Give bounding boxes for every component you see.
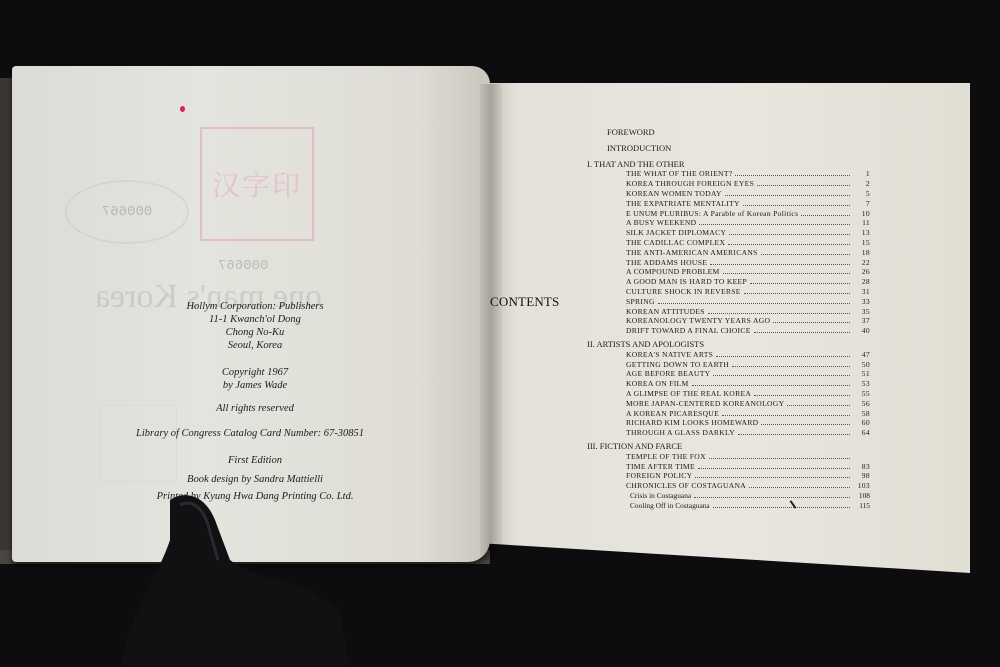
toc-entry-title: KOREA THROUGH FOREIGN EYES <box>626 179 757 188</box>
toc-entry: TEMPLE OF THE FOX <box>626 452 870 461</box>
toc-entry-title: KOREA'S NATIVE ARTS <box>626 350 716 359</box>
toc-page-number: 7 <box>850 199 870 208</box>
leader-dots <box>732 366 850 367</box>
toc-page-number: 50 <box>850 360 870 369</box>
toc-page-number: 2 <box>850 179 870 188</box>
leader-dots <box>723 273 850 274</box>
toc-entry-title: DRIFT TOWARD A FINAL CHOICE <box>626 326 754 335</box>
toc-page-number: 53 <box>850 379 870 388</box>
toc-entry: Crisis in Costaguana108 <box>630 491 870 500</box>
leader-dots <box>722 415 850 416</box>
toc-entry: SPRING33 <box>626 297 870 306</box>
toc-foreword: FOREWORD <box>607 127 655 137</box>
toc-page-number: 103 <box>850 481 870 490</box>
toc-page-number: 5 <box>850 189 870 198</box>
toc-entry: KOREANOLOGY TWENTY YEARS AGO37 <box>626 316 870 325</box>
loc-catalog-number: Library of Congress Catalog Card Number:… <box>110 427 390 440</box>
toc-section-heading: III. FICTION AND FARCE <box>587 441 682 451</box>
leader-dots <box>750 283 850 284</box>
address-line: Seoul, Korea <box>120 339 390 352</box>
toc-page-number: 15 <box>850 238 870 247</box>
toc-entry-title: A BUSY WEEKEND <box>626 218 699 227</box>
toc-entry: A GOOD MAN IS HARD TO KEEP28 <box>626 277 870 286</box>
leader-dots <box>708 313 850 314</box>
publisher: Hollym Corporation: Publishers <box>120 300 390 313</box>
leader-dots <box>761 424 850 425</box>
toc-entry: KOREA THROUGH FOREIGN EYES2 <box>626 179 870 188</box>
ink-spot <box>180 106 185 112</box>
toc-entry: A KOREAN PICARESQUE58 <box>626 409 870 418</box>
toc-entry-title: THE CADILLAC COMPLEX <box>626 238 728 247</box>
show-through-number: 000667 <box>218 258 268 274</box>
toc-entry-title: MORE JAPAN-CENTERED KOREANOLOGY <box>626 399 787 408</box>
toc-entry: RICHARD KIM LOOKS HOMEWARD60 <box>626 418 870 427</box>
leader-dots <box>787 405 850 406</box>
toc-page-number: 64 <box>850 428 870 437</box>
toc-page-number: 33 <box>850 297 870 306</box>
toc-entry: TIME AFTER TIME83 <box>626 462 870 471</box>
toc-entry: CULTURE SHOCK IN REVERSE31 <box>626 287 870 296</box>
toc-entry-title: Cooling Off in Costaguana <box>630 501 713 510</box>
toc-entry: DRIFT TOWARD A FINAL CHOICE40 <box>626 326 870 335</box>
leader-dots <box>735 175 850 176</box>
toc-entry-title: A GOOD MAN IS HARD TO KEEP <box>626 277 750 286</box>
toc-entry-title: SPRING <box>626 297 658 306</box>
book-gutter <box>480 84 502 560</box>
leader-dots <box>713 507 850 508</box>
toc-page-number: 26 <box>850 267 870 276</box>
toc-entry: GETTING DOWN TO EARTH50 <box>626 360 870 369</box>
toc-entry: THE EXPATRIATE MENTALITY7 <box>626 199 870 208</box>
toc-page-number: 40 <box>850 326 870 335</box>
toc-entry: AGE BEFORE BEAUTY51 <box>626 369 870 378</box>
edition-line: First Edition <box>120 454 390 467</box>
toc-page-number: 60 <box>850 418 870 427</box>
leader-dots <box>773 322 850 323</box>
toc-entry-title: TEMPLE OF THE FOX <box>626 452 709 461</box>
toc-entry-title: GETTING DOWN TO EARTH <box>626 360 732 369</box>
toc-entry-title: A GLIMPSE OF THE REAL KOREA <box>626 389 754 398</box>
toc-entry-title: A COMPOUND PROBLEM <box>626 267 723 276</box>
toc-entry: A GLIMPSE OF THE REAL KOREA55 <box>626 389 870 398</box>
leader-dots <box>692 385 850 386</box>
toc-page-number: 31 <box>850 287 870 296</box>
toc-entry: E UNUM PLURIBUS: A Parable of Korean Pol… <box>626 209 870 218</box>
toc-entry-title: E UNUM PLURIBUS: A Parable of Korean Pol… <box>626 209 801 218</box>
toc-page-number: 115 <box>850 501 870 510</box>
toc-entry-title: TIME AFTER TIME <box>626 462 698 471</box>
leader-dots <box>738 434 850 435</box>
leader-dots <box>695 477 850 478</box>
toc-entry: THE CADILLAC COMPLEX15 <box>626 238 870 247</box>
leader-dots <box>757 185 850 186</box>
toc-entry-title: KOREANOLOGY TWENTY YEARS AGO <box>626 316 773 325</box>
toc-entry: THE WHAT OF THE ORIENT?1 <box>626 169 870 178</box>
toc-entry: SILK JACKET DIPLOMACY13 <box>626 228 870 237</box>
toc-page-number: 55 <box>850 389 870 398</box>
leader-dots <box>698 468 850 469</box>
address-line: 11-1 Kwanch'ol Dong <box>120 313 390 326</box>
copyright-line: Copyright 1967 <box>120 366 390 379</box>
toc-section-heading: I. THAT AND THE OTHER <box>587 159 685 169</box>
toc-entry-title: KOREAN ATTITUDES <box>626 307 708 316</box>
leader-dots <box>699 224 850 225</box>
leader-dots <box>744 293 850 294</box>
toc-entry-title: SILK JACKET DIPLOMACY <box>626 228 729 237</box>
leader-dots <box>743 205 850 206</box>
toc-entry-title: THE ANTI-AMERICAN AMERICANS <box>626 248 761 257</box>
toc-entry: THE ADDAMS HOUSE22 <box>626 258 870 267</box>
toc-page-number: 1 <box>850 169 870 178</box>
toc-page-number: 58 <box>850 409 870 418</box>
leader-dots <box>658 303 850 304</box>
leader-dots <box>801 215 850 216</box>
toc-page-number: 83 <box>850 462 870 471</box>
leader-dots <box>713 375 850 376</box>
contents-heading: CONTENTS <box>490 294 560 310</box>
toc-introduction: INTRODUCTION <box>607 143 671 153</box>
toc-page-number: 13 <box>850 228 870 237</box>
leader-dots <box>729 234 850 235</box>
toc-entry-title: CULTURE SHOCK IN REVERSE <box>626 287 744 296</box>
toc-page-number: 56 <box>850 399 870 408</box>
toc-entry: MORE JAPAN-CENTERED KOREANOLOGY56 <box>626 399 870 408</box>
toc-entry: THE ANTI-AMERICAN AMERICANS18 <box>626 248 870 257</box>
rights-line: All rights reserved <box>120 402 390 415</box>
leader-dots <box>761 254 850 255</box>
leader-dots <box>728 244 850 245</box>
toc-entry-title: FOREIGN POLICY <box>626 471 695 480</box>
toc-entry: A BUSY WEEKEND11 <box>626 218 870 227</box>
red-seal-stamp-icon: 汉字印 <box>200 127 314 241</box>
toc-page-number: 98 <box>850 471 870 480</box>
toc-entry-title: THROUGH A GLASS DARKLY <box>626 428 738 437</box>
toc-entry: KOREA ON FILM53 <box>626 379 870 388</box>
copyright-imprint: Hollym Corporation: Publishers 11-1 Kwan… <box>120 300 390 503</box>
toc-entry-title: THE ADDAMS HOUSE <box>626 258 710 267</box>
leader-dots <box>709 458 850 459</box>
toc-page-number: 47 <box>850 350 870 359</box>
leader-dots <box>710 264 850 265</box>
toc-page-number: 35 <box>850 307 870 316</box>
toc-entry-title: A KOREAN PICARESQUE <box>626 409 722 418</box>
toc-entry-title: Crisis in Costaguana <box>630 491 694 500</box>
toc-page-number: 51 <box>850 369 870 378</box>
toc-page-number: 28 <box>850 277 870 286</box>
author-line: by James Wade <box>120 379 390 392</box>
toc-entry-title: THE EXPATRIATE MENTALITY <box>626 199 743 208</box>
leader-dots <box>716 356 850 357</box>
toc-entry-title: RICHARD KIM LOOKS HOMEWARD <box>626 418 761 427</box>
toc-page-number: 18 <box>850 248 870 257</box>
toc-entry: Cooling Off in Costaguana115 <box>630 501 870 510</box>
toc-entry: KOREAN ATTITUDES35 <box>626 307 870 316</box>
toc-entry-title: AGE BEFORE BEAUTY <box>626 369 713 378</box>
toc-page-number: 108 <box>850 491 870 500</box>
leader-dots <box>754 395 850 396</box>
oval-library-stamp-icon: 000667 <box>65 180 189 244</box>
address-line: Chong No-Ku <box>120 326 390 339</box>
leader-dots <box>725 195 850 196</box>
toc-page-number: 10 <box>850 209 870 218</box>
toc-entry-title: KOREA ON FILM <box>626 379 692 388</box>
leader-dots <box>749 487 850 488</box>
toc-section-heading: II. ARTISTS AND APOLOGISTS <box>587 339 704 349</box>
toc-page-number: 22 <box>850 258 870 267</box>
toc-entry: A COMPOUND PROBLEM26 <box>626 267 870 276</box>
toc-page-number: 11 <box>850 218 870 227</box>
toc-entry: KOREAN WOMEN TODAY5 <box>626 189 870 198</box>
toc-entry-title: KOREAN WOMEN TODAY <box>626 189 725 198</box>
leader-dots <box>754 332 850 333</box>
toc-entry: KOREA'S NATIVE ARTS47 <box>626 350 870 359</box>
toc-entry-title: CHRONICLES OF COSTAGUANA <box>626 481 749 490</box>
toc-entry-title: THE WHAT OF THE ORIENT? <box>626 169 735 178</box>
toc-entry: CHRONICLES OF COSTAGUANA103 <box>626 481 870 490</box>
gloved-hand <box>110 490 360 667</box>
toc-page-number: 37 <box>850 316 870 325</box>
leader-dots <box>694 497 850 498</box>
toc-entry: FOREIGN POLICY98 <box>626 471 870 480</box>
design-credit: Book design by Sandra Mattielli <box>120 473 390 486</box>
toc-entry: THROUGH A GLASS DARKLY64 <box>626 428 870 437</box>
